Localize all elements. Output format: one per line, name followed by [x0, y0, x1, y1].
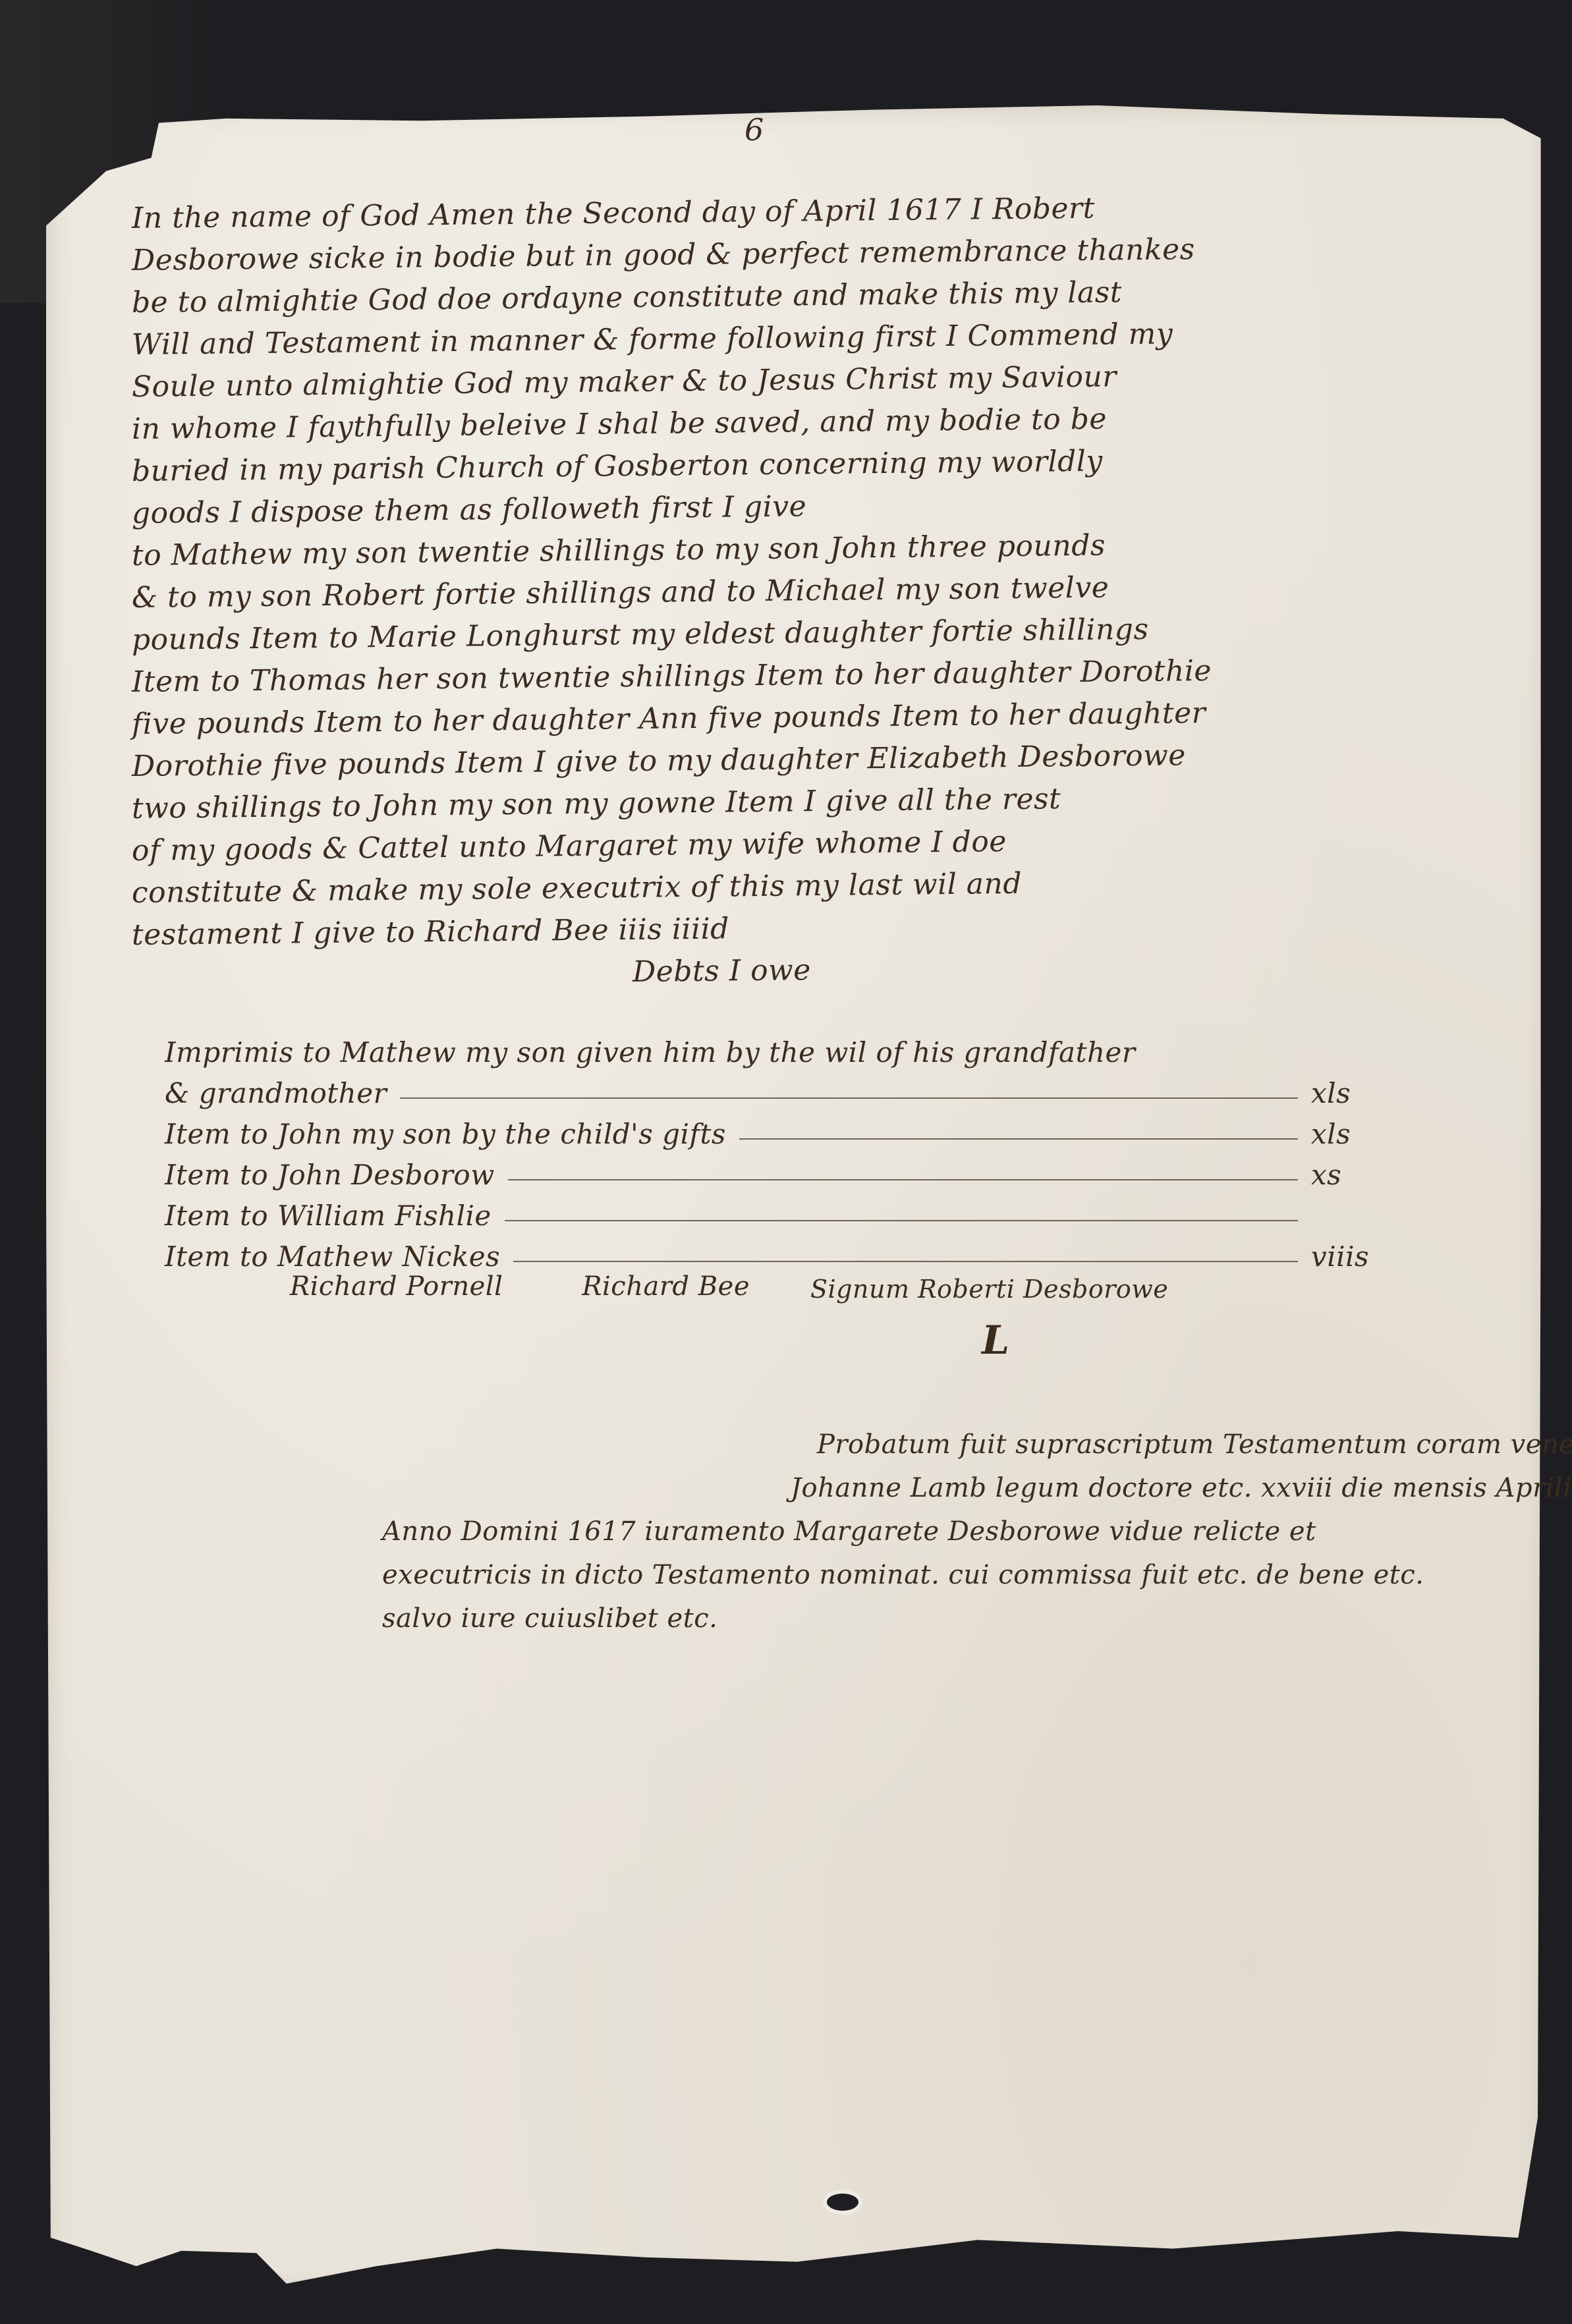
bequest-text: & grandmother: [165, 1077, 387, 1109]
probate-line: Anno Domini 1617 iuramento Margarete Des…: [382, 1510, 1469, 1553]
probate-clause: Probatum fuit suprascriptum Testamentum …: [382, 1423, 1469, 1640]
bequest-text: Item to John my son by the child's gifts: [165, 1118, 726, 1150]
paper-hole: [827, 2194, 858, 2211]
bequest-text: Item to William Fishlie: [165, 1200, 491, 1232]
leader-line: [505, 1220, 1298, 1221]
bequest-text: Item to Mathew Nickes: [165, 1240, 500, 1273]
bequest-text: Imprimis to Mathew my son given him by t…: [165, 1036, 1135, 1068]
bequest-list: Imprimis to Mathew my son given him by t…: [165, 1028, 1417, 1273]
leader-line: [739, 1138, 1298, 1140]
bequest-amount: xs: [1311, 1159, 1417, 1191]
bequest-row: Item to William Fishlie: [165, 1191, 1417, 1232]
witness-name: Richard Pornell: [290, 1271, 503, 1302]
probate-line: Johanne Lamb legum doctore etc. xxviii d…: [382, 1466, 1469, 1510]
bequest-amount: xls: [1311, 1118, 1417, 1150]
testator-mark: L: [982, 1317, 1010, 1364]
leader-line: [400, 1097, 1298, 1099]
probate-line: salvo iure cuiuslibet etc.: [382, 1597, 1469, 1640]
bequest-row: & grandmother xls: [165, 1068, 1417, 1109]
probate-line: executricis in dicto Testamento nominat.…: [382, 1553, 1469, 1597]
testator-signature: Signum Roberti Desborowe: [810, 1275, 1168, 1304]
probate-line: Probatum fuit suprascriptum Testamentum …: [382, 1423, 1469, 1466]
bequest-row: Imprimis to Mathew my son given him by t…: [165, 1028, 1417, 1068]
bequest-amount: viiis: [1311, 1240, 1417, 1273]
bequest-row: Item to John my son by the child's gifts…: [165, 1109, 1417, 1150]
witness-name: Richard Bee: [582, 1271, 750, 1302]
leader-line: [508, 1179, 1298, 1180]
bequest-amount: xls: [1311, 1077, 1417, 1109]
leader-line: [513, 1261, 1298, 1262]
will-body: In the name of God Amen the Second day o…: [132, 198, 1423, 999]
bequest-text: Item to John Desborow: [165, 1159, 495, 1191]
page-number: 6: [744, 112, 764, 148]
bequest-row: Item to John Desborow xs: [165, 1150, 1417, 1191]
witness-names: Richard Pornell Richard Bee: [290, 1271, 750, 1302]
bequest-row: Item to Mathew Nickes viiis: [165, 1232, 1417, 1273]
